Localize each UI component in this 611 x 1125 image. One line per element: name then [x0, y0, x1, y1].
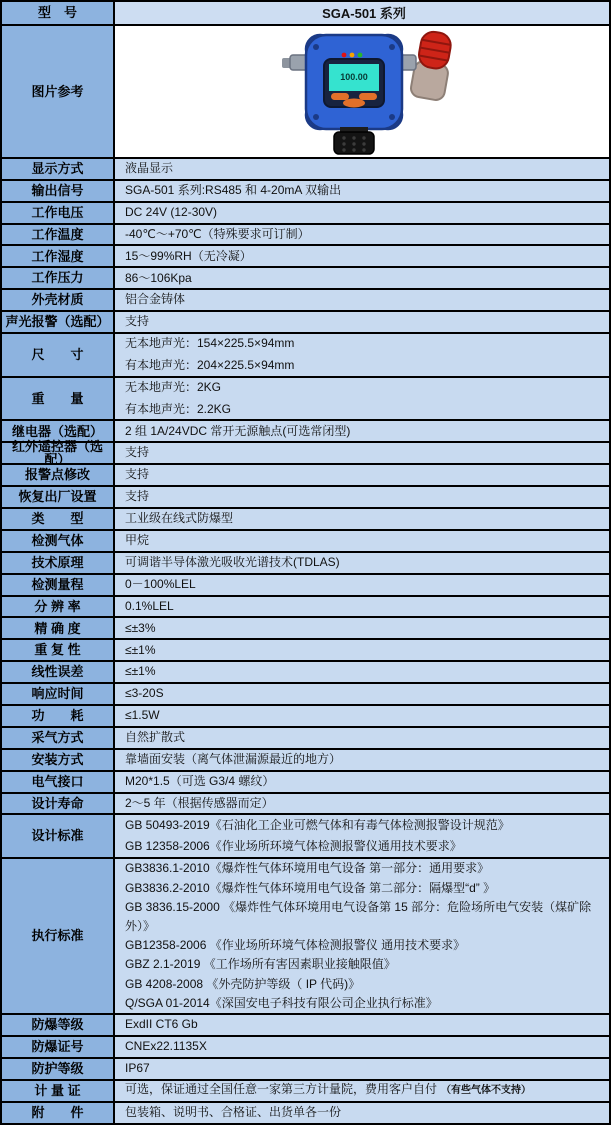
spec-label: 报警点修改 [2, 465, 113, 485]
device-image: 100.00 [242, 27, 482, 155]
spec-value-text: 工业级在线式防爆型 [125, 509, 603, 529]
spec-row: 设计标准 GB 50493-2019《石油化工企业可燃气体和有毒气体检测报警设计… [2, 813, 609, 857]
spec-label: 重 量 [2, 378, 113, 420]
spec-row: 输出信号 SGA-501 系列:RS485 和 4-20mA 双输出 [2, 179, 609, 201]
spec-value-text: 铝合金铸体 [125, 290, 603, 310]
spec-value-text: 甲烷 [125, 531, 603, 551]
spec-value: 0－100%LEL [113, 575, 609, 595]
spec-value-line: GB 3836.15-2000 《爆炸性气体环境用电气设备第 15 部分：危险场… [125, 898, 603, 936]
spec-value-text: 可选，保证通过全国任意一家第三方计量院，费用客户自付（有些气体不支持） [125, 1081, 603, 1101]
spec-value-text: SGA-501 系列:RS485 和 4-20mA 双输出 [125, 181, 603, 201]
spec-value: 甲烷 [113, 531, 609, 551]
spec-row: 防护等级 IP67 [2, 1057, 609, 1079]
spec-value-line: GB 4208-2008 《外壳防护等级（ IP 代码)》 [125, 975, 603, 994]
spec-value-text: 0－100%LEL [125, 575, 603, 595]
spec-value: 支持 [113, 465, 609, 485]
spec-value: IP67 [113, 1059, 609, 1079]
spec-row: 检测量程 0－100%LEL [2, 573, 609, 595]
spec-value-text: ≤±3% [125, 618, 603, 638]
spec-value: 铝合金铸体 [113, 290, 609, 310]
spec-value: 2 组 1A/24VDC 常开无源触点(可选常闭型) [113, 421, 609, 441]
spec-row: 响应时间 ≤3-20S [2, 682, 609, 704]
spec-label: 红外遥控器（选配） [2, 443, 113, 463]
spec-label: 精 确 度 [2, 618, 113, 638]
spec-value-text: 靠墙面安装（离气体泄漏源最近的地方） [125, 750, 603, 770]
spec-row: 检测气体 甲烷 [2, 529, 609, 551]
spec-label: 恢复出厂设置 [2, 487, 113, 507]
spec-value-text: 液晶显示 [125, 159, 603, 179]
spec-value: ≤±1% [113, 640, 609, 660]
spec-label: 设计标准 [2, 815, 113, 857]
spec-value: 0.1%LEL [113, 597, 609, 617]
spec-value-text: 2 组 1A/24VDC 常开无源触点(可选常闭型) [125, 421, 603, 441]
spec-value-line: GB 50493-2019《石油化工企业可燃气体和有毒气体检测报警设计规范》 [125, 815, 603, 836]
spec-value: CNEx22.1135X [113, 1037, 609, 1057]
spec-value-text: 支持 [125, 487, 603, 507]
spec-value: 可调谐半导体激光吸收光谱技术(TDLAS) [113, 553, 609, 573]
spec-label: 采气方式 [2, 728, 113, 748]
spec-label: 检测量程 [2, 575, 113, 595]
spec-label: 输出信号 [2, 181, 113, 201]
spec-value-text: M20*1.5（可选 G3/4 螺纹） [125, 772, 603, 792]
spec-value: 液晶显示 [113, 159, 609, 179]
spec-value: ≤1.5W [113, 706, 609, 726]
spec-label: 设计寿命 [2, 794, 113, 814]
spec-value: DC 24V (12-30V) [113, 203, 609, 223]
spec-value-line: Q/SGA 01-2014《深国安电子科技有限公司企业执行标准》 [125, 994, 603, 1013]
spec-row: 工作温度 -40℃～+70℃（特殊要求可订制） [2, 223, 609, 245]
spec-label: 重 复 性 [2, 640, 113, 660]
spec-label: 分 辨 率 [2, 597, 113, 617]
spec-row: 执行标准 GB3836.1-2010《爆炸性气体环境用电气设备 第一部分：通用要… [2, 857, 609, 1013]
spec-label: 工作电压 [2, 203, 113, 223]
spec-value: ≤±1% [113, 662, 609, 682]
model-value: SGA-501 系列 [113, 2, 609, 24]
spec-row: 防爆证号 CNEx22.1135X [2, 1035, 609, 1057]
spec-value-text: 86～106Kpa [125, 268, 603, 288]
spec-value-text: ≤3-20S [125, 684, 603, 704]
spec-value-text: 支持 [125, 312, 603, 332]
spec-row: 尺 寸 无本地声光：154×225.5×94mm有本地声光：204×225.5×… [2, 332, 609, 376]
spec-row: 继电器（选配） 2 组 1A/24VDC 常开无源触点(可选常闭型) [2, 419, 609, 441]
spec-value: 2～5 年（根据传感器而定） [113, 794, 609, 814]
spec-row: 重 复 性 ≤±1% [2, 638, 609, 660]
spec-value: -40℃～+70℃（特殊要求可订制） [113, 225, 609, 245]
spec-value: ≤±3% [113, 618, 609, 638]
spec-row: 安装方式 靠墙面安装（离气体泄漏源最近的地方） [2, 748, 609, 770]
spec-value-text: 2～5 年（根据传感器而定） [125, 794, 603, 814]
spec-value: 工业级在线式防爆型 [113, 509, 609, 529]
spec-value-text: 15～99%RH（无冷凝） [125, 246, 603, 266]
image-row-label: 图片参考 [2, 26, 113, 157]
spec-row: 技术原理 可调谐半导体激光吸收光谱技术(TDLAS) [2, 551, 609, 573]
spec-label: 电气接口 [2, 772, 113, 792]
spec-row: 报警点修改 支持 [2, 463, 609, 485]
spec-value: M20*1.5（可选 G3/4 螺纹） [113, 772, 609, 792]
spec-value: GB3836.1-2010《爆炸性气体环境用电气设备 第一部分：通用要求》GB3… [113, 859, 609, 1013]
spec-value: 支持 [113, 312, 609, 332]
spec-value-text: 支持 [125, 465, 603, 485]
spec-value-text: 可调谐半导体激光吸收光谱技术(TDLAS) [125, 553, 603, 573]
spec-label: 工作湿度 [2, 246, 113, 266]
spec-value-line: 无本地声光：2KG [125, 378, 603, 399]
spec-row: 工作电压 DC 24V (12-30V) [2, 201, 609, 223]
spec-label: 显示方式 [2, 159, 113, 179]
spec-value-text: 包装箱、说明书、合格证、出货单各一份 [125, 1103, 603, 1123]
model-row: 型 号 SGA-501 系列 [2, 2, 609, 24]
spec-value: 支持 [113, 487, 609, 507]
spec-label: 附 件 [2, 1103, 113, 1123]
spec-label: 响应时间 [2, 684, 113, 704]
spec-value-text: ExdII CT6 Gb [125, 1015, 603, 1035]
spec-row: 显示方式 液晶显示 [2, 157, 609, 179]
spec-label: 执行标准 [2, 859, 113, 1013]
spec-value: ExdII CT6 Gb [113, 1015, 609, 1035]
spec-row: 类 型 工业级在线式防爆型 [2, 507, 609, 529]
spec-label: 类 型 [2, 509, 113, 529]
spec-row: 红外遥控器（选配） 支持 [2, 441, 609, 463]
spec-label: 尺 寸 [2, 334, 113, 376]
spec-value-text: -40℃～+70℃（特殊要求可订制） [125, 225, 603, 245]
spec-row: 外壳材质 铝合金铸体 [2, 288, 609, 310]
spec-value-text: 0.1%LEL [125, 597, 603, 617]
product-spec-table: 型 号 SGA-501 系列 图片参考 [0, 0, 611, 1125]
spec-row: 声光报警（选配） 支持 [2, 310, 609, 332]
spec-row: 防爆等级 ExdII CT6 Gb [2, 1013, 609, 1035]
spec-value-note: （有些气体不支持） [441, 1085, 531, 1096]
spec-label: 检测气体 [2, 531, 113, 551]
model-label: 型 号 [2, 2, 113, 24]
spec-value-line: GB3836.2-2010《爆炸性气体环境用电气设备 第二部分：隔爆型“d” 》 [125, 879, 603, 898]
image-row: 图片参考 [2, 24, 609, 157]
spec-value: 可选，保证通过全国任意一家第三方计量院，费用客户自付（有些气体不支持） [113, 1081, 609, 1101]
spec-label: 声光报警（选配） [2, 312, 113, 332]
spec-row: 采气方式 自然扩散式 [2, 726, 609, 748]
spec-value-line: 无本地声光：154×225.5×94mm [125, 334, 603, 355]
spec-value-text: IP67 [125, 1059, 603, 1079]
spec-value-text: ≤±1% [125, 640, 603, 660]
spec-label: 防护等级 [2, 1059, 113, 1079]
spec-value: 自然扩散式 [113, 728, 609, 748]
spec-row: 恢复出厂设置 支持 [2, 485, 609, 507]
spec-value-text: CNEx22.1135X [125, 1037, 603, 1057]
spec-label: 技术原理 [2, 553, 113, 573]
spec-value: 无本地声光：154×225.5×94mm有本地声光：204×225.5×94mm [113, 334, 609, 376]
spec-value: SGA-501 系列:RS485 和 4-20mA 双输出 [113, 181, 609, 201]
spec-value: GB 50493-2019《石油化工企业可燃气体和有毒气体检测报警设计规范》GB… [113, 815, 609, 857]
spec-label: 防爆证号 [2, 1037, 113, 1057]
spec-row: 计 量 证 可选，保证通过全国任意一家第三方计量院，费用客户自付（有些气体不支持… [2, 1079, 609, 1101]
spec-value-text: ≤±1% [125, 662, 603, 682]
status-led-icons [342, 53, 363, 58]
spec-value: 无本地声光：2KG有本地声光：2.2KG [113, 378, 609, 420]
spec-label: 防爆等级 [2, 1015, 113, 1035]
spec-row: 重 量 无本地声光：2KG有本地声光：2.2KG [2, 376, 609, 420]
spec-value-line: GB12358-2006 《作业场所环境气体检测报警仪 通用技术要求》 [125, 936, 603, 955]
spec-value: 靠墙面安装（离气体泄漏源最近的地方） [113, 750, 609, 770]
spec-value-line: GB3836.1-2010《爆炸性气体环境用电气设备 第一部分：通用要求》 [125, 859, 603, 878]
spec-value-line: 有本地声光：2.2KG [125, 399, 603, 420]
spec-row: 电气接口 M20*1.5（可选 G3/4 螺纹） [2, 770, 609, 792]
spec-row: 功 耗 ≤1.5W [2, 704, 609, 726]
spec-value-text: 支持 [125, 443, 603, 463]
sensor-head-icon [334, 127, 374, 154]
spec-row: 设计寿命 2～5 年（根据传感器而定） [2, 792, 609, 814]
spec-value-line: GB 12358-2006《作业场所环境气体检测报警仪通用技术要求》 [125, 836, 603, 857]
spec-label: 工作压力 [2, 268, 113, 288]
spec-value-text: ≤1.5W [125, 706, 603, 726]
spec-value-line: 有本地声光：204×225.5×94mm [125, 355, 603, 376]
spec-row: 附 件 包装箱、说明书、合格证、出货单各一份 [2, 1101, 609, 1123]
spec-value: ≤3-20S [113, 684, 609, 704]
detector-body: 100.00 [306, 35, 402, 129]
spec-row: 精 确 度 ≤±3% [2, 616, 609, 638]
spec-row: 分 辨 率 0.1%LEL [2, 595, 609, 617]
spec-label: 外壳材质 [2, 290, 113, 310]
spec-label: 安装方式 [2, 750, 113, 770]
spec-label: 工作温度 [2, 225, 113, 245]
lcd-reading: 100.00 [340, 72, 368, 82]
image-cell: 100.00 [113, 26, 609, 157]
spec-row: 线性误差 ≤±1% [2, 660, 609, 682]
spec-value: 支持 [113, 443, 609, 463]
spec-value: 86～106Kpa [113, 268, 609, 288]
spec-value: 包装箱、说明书、合格证、出货单各一份 [113, 1103, 609, 1123]
spec-value-text: DC 24V (12-30V) [125, 203, 603, 223]
spec-row: 工作湿度 15～99%RH（无冷凝） [2, 244, 609, 266]
spec-value: 15～99%RH（无冷凝） [113, 246, 609, 266]
spec-value-line: GBZ 2.1-2019 《工作场所有害因素职业接触限值》 [125, 955, 603, 974]
spec-row: 工作压力 86～106Kpa [2, 266, 609, 288]
spec-label: 计 量 证 [2, 1081, 113, 1101]
spec-label: 功 耗 [2, 706, 113, 726]
spec-value-text: 自然扩散式 [125, 728, 603, 748]
spec-label: 线性误差 [2, 662, 113, 682]
